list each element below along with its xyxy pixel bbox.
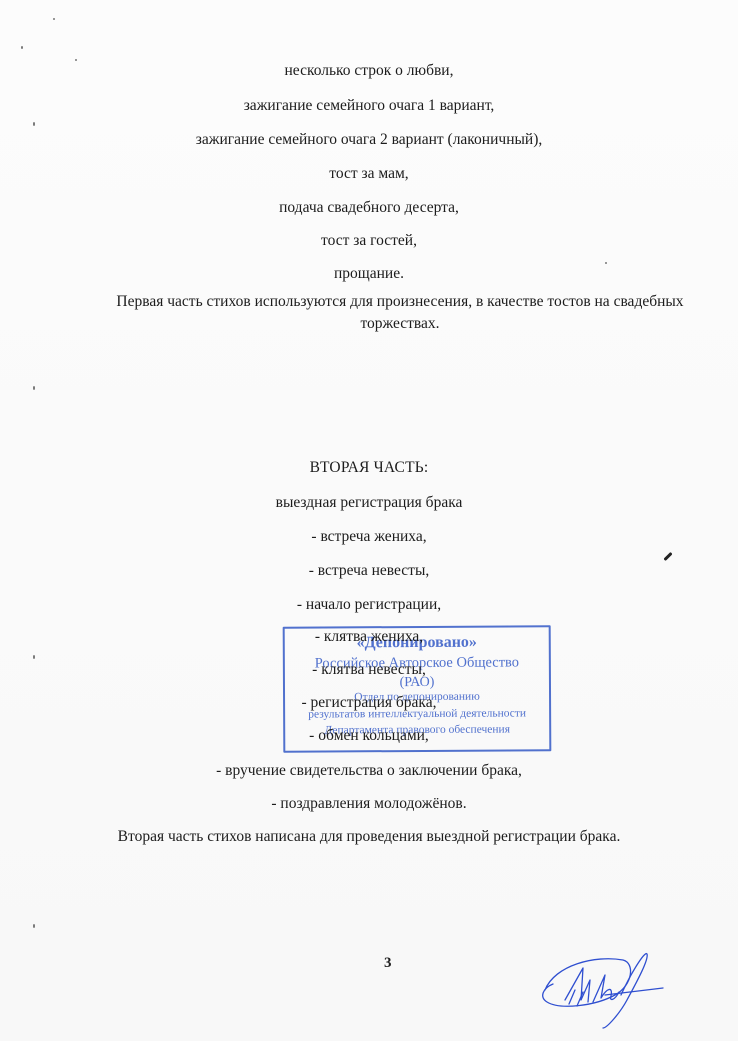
first-part-item: зажигание семейного очага 2 вариант (лак… bbox=[0, 131, 738, 149]
pen-mark bbox=[663, 552, 672, 561]
scan-speck bbox=[53, 18, 55, 20]
scan-speck bbox=[75, 59, 77, 61]
second-part-item: - вручение свидетельства о заключении бр… bbox=[0, 762, 738, 780]
document-page: несколько строк о любви, зажигание семей… bbox=[0, 0, 738, 1041]
signature-icon bbox=[535, 940, 665, 1030]
first-part-item: тост за мам, bbox=[0, 165, 738, 183]
second-part-note: Вторая часть стихов написана для проведе… bbox=[0, 828, 738, 846]
first-part-item: подача свадебного десерта, bbox=[0, 199, 738, 217]
first-part-item: тост за гостей, bbox=[0, 232, 738, 250]
second-part-item: - клятва жениха, bbox=[0, 628, 738, 646]
scan-speck bbox=[33, 122, 35, 126]
first-part-note: Первая часть стихов используются для про… bbox=[100, 291, 700, 335]
scan-speck bbox=[33, 655, 35, 659]
first-part-item: прощание. bbox=[0, 265, 738, 283]
scan-speck bbox=[21, 46, 23, 49]
scan-speck bbox=[605, 262, 607, 264]
second-part-heading: ВТОРАЯ ЧАСТЬ: bbox=[0, 459, 738, 477]
second-part-item: - клятва невесты, bbox=[0, 661, 738, 679]
second-part-item: - начало регистрации, bbox=[0, 596, 738, 614]
second-part-item: - регистрация брака, bbox=[0, 694, 738, 712]
scan-speck bbox=[33, 386, 35, 390]
first-part-item: зажигание семейного очага 1 вариант, bbox=[0, 97, 738, 115]
first-part-item: несколько строк о любви, bbox=[0, 62, 738, 80]
scan-speck bbox=[33, 924, 35, 928]
second-part-item: - встреча жениха, bbox=[0, 528, 738, 546]
second-part-subtitle: выездная регистрация брака bbox=[0, 494, 738, 512]
second-part-item: - обмен кольцами, bbox=[0, 727, 738, 745]
second-part-item: - встреча невесты, bbox=[0, 562, 738, 580]
page-number: 3 bbox=[384, 955, 392, 972]
second-part-item: - поздравления молодожёнов. bbox=[0, 795, 738, 813]
